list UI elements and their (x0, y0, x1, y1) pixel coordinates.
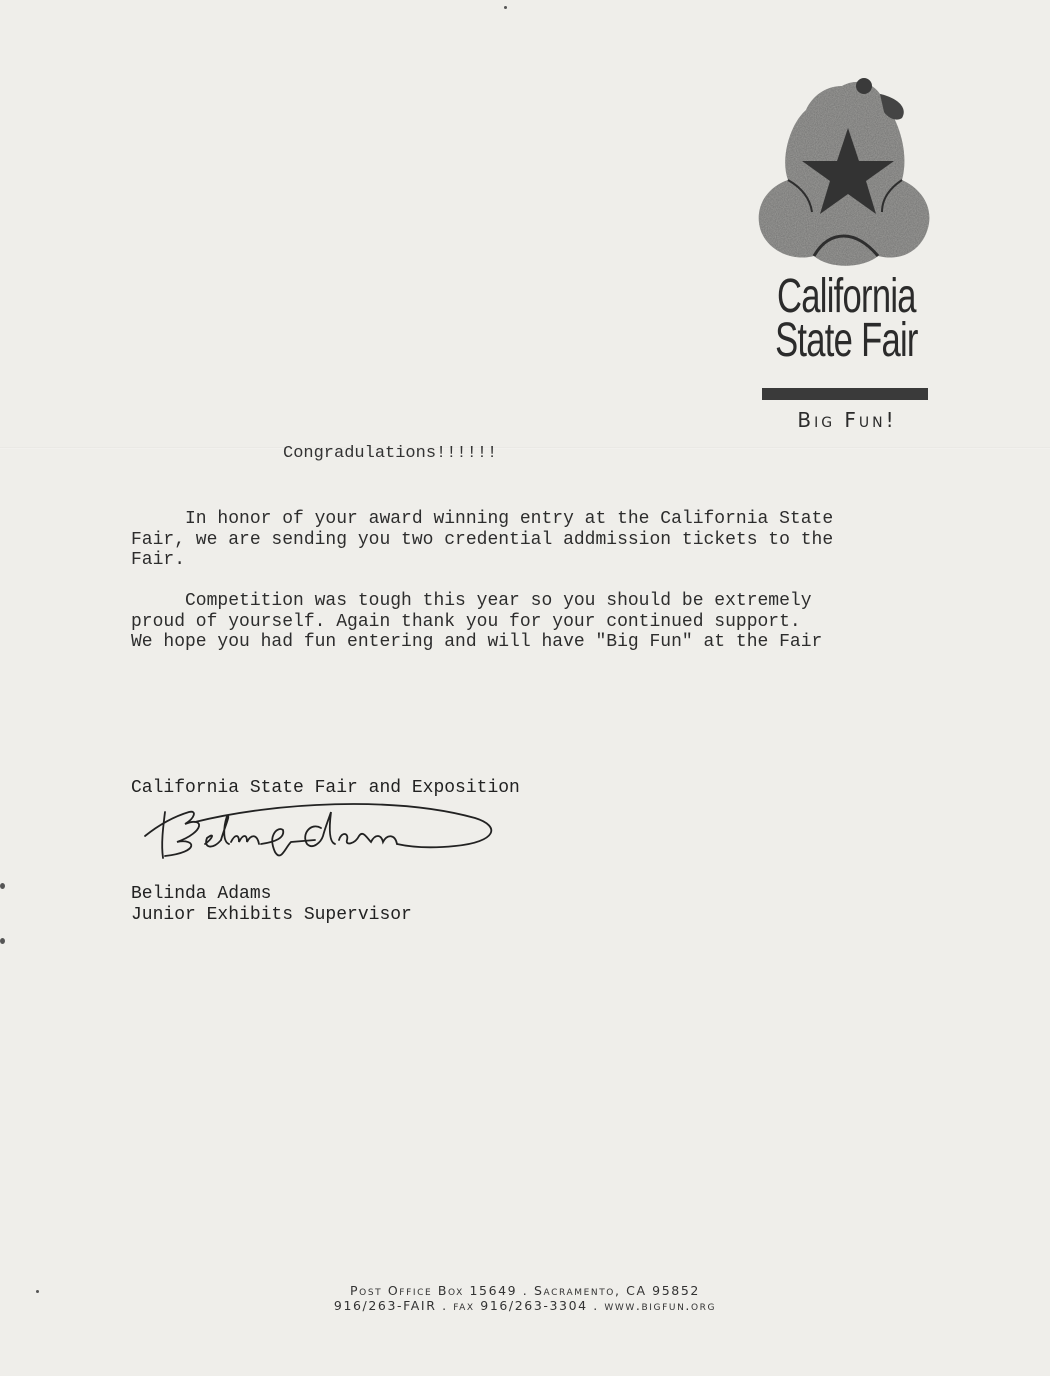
paper-speck (504, 6, 507, 9)
signer-name: Belinda Adams (131, 884, 412, 905)
org-name: California State Fair (760, 275, 884, 363)
paper-fold-line (0, 447, 1050, 449)
bear-with-star-icon (752, 72, 938, 272)
paragraph-competition: Competition was tough this year so you s… (131, 591, 951, 653)
signer-title: Junior Exhibits Supervisor (131, 905, 412, 926)
footer-contact: 916/263-FAIR . fax 916/263-3304 . www.bi… (270, 1298, 780, 1313)
footer-address: Post Office Box 15649 . Sacramento, CA 9… (270, 1283, 780, 1298)
handwritten-signature (135, 798, 505, 868)
logo-divider-bar (762, 388, 928, 400)
org-name-line2: State Fair (760, 319, 933, 363)
paragraph-award: In honor of your award winning entry at … (131, 509, 951, 571)
paper-speck (0, 883, 5, 889)
org-name-line1: California (760, 275, 933, 319)
letterhead-footer: Post Office Box 15649 . Sacramento, CA 9… (270, 1283, 780, 1313)
closing-org: California State Fair and Exposition (131, 778, 520, 798)
logo-tagline: Big Fun! (762, 408, 932, 432)
paper-speck (36, 1290, 39, 1293)
signer-block: Belinda Adams Junior Exhibits Supervisor (131, 884, 412, 926)
paper-speck (0, 938, 5, 944)
state-fair-logo: California State Fair Big Fun! (752, 72, 938, 437)
greeting: Congradulations!!!!!! (283, 444, 497, 463)
